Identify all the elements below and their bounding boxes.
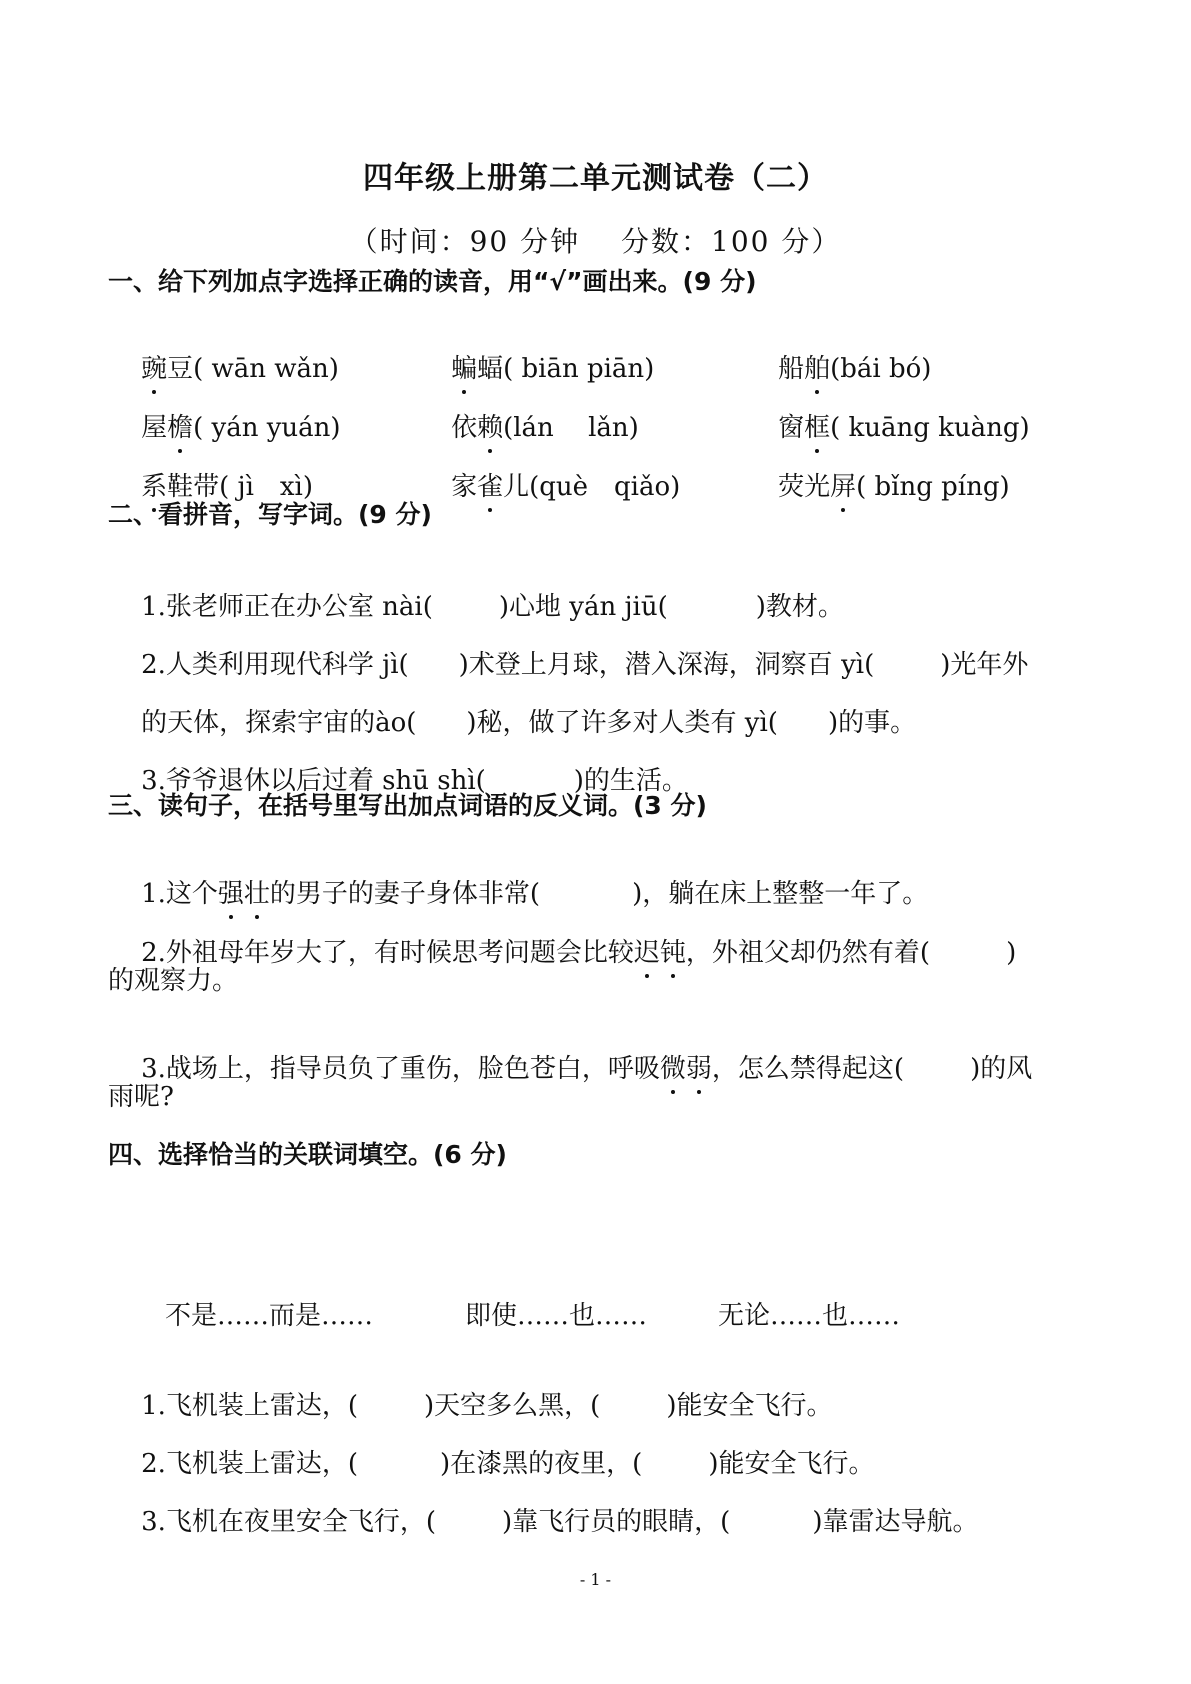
page-number: - 1 - <box>0 1570 1191 1589</box>
connector-option: 无论……也…… <box>718 1295 900 1332</box>
pinyin-options[interactable]: ( bǐng píng) <box>856 472 1010 502</box>
exam-info: （时间：90 分钟 分数：100 分） <box>0 220 1191 260</box>
dotted-char: 雀 <box>477 470 503 504</box>
dotted-char: 微 <box>660 1052 686 1086</box>
question-3-3: 3.战场上，指导员负了重伤，脸色苍白，呼吸微弱，怎么禁得起这()的风 <box>108 1018 1032 1120</box>
connector-option: 不是……而是…… <box>165 1295 373 1332</box>
section1-heading: 一、给下列加点字选择正确的读音，用“√”画出来。(9 分) <box>108 265 757 299</box>
section3-heading: 三、读句子，在括号里写出加点词语的反义词。(3 分) <box>108 789 707 823</box>
question-3-2-cont: 的观察力。 <box>108 964 238 998</box>
exam-page: 四年级上册第二单元测试卷（二） （时间：90 分钟 分数：100 分） 一、给下… <box>0 0 1191 1684</box>
section2-heading: 二、看拼音，写字词。(9 分) <box>108 498 432 532</box>
question-3-2: 2.外祖母年岁大了，有时候思考问题会比较迟钝，外祖父却仍然有着() <box>108 902 1016 1004</box>
pinyin-item: 荧光屏( bǐng píng) <box>745 436 1010 538</box>
section4-heading: 四、选择恰当的关联词填空。(6 分) <box>108 1138 507 1172</box>
dotted-char: 屏 <box>830 470 856 504</box>
question-3-3-cont: 雨呢? <box>108 1080 174 1114</box>
page-title: 四年级上册第二单元测试卷（二） <box>0 153 1191 197</box>
pinyin-options[interactable]: (què qiǎo) <box>529 472 680 502</box>
pinyin-item: 家雀儿(què qiǎo) <box>418 436 680 538</box>
dotted-char: 钝 <box>660 936 686 970</box>
question-4-3: 3.飞机在夜里安全飞行，()靠飞行员的眼睛，()靠雷达导航。 <box>108 1471 978 1573</box>
dotted-char: 迟 <box>634 936 660 970</box>
dotted-char: 弱 <box>686 1052 712 1086</box>
connector-option: 即使……也…… <box>465 1295 647 1332</box>
